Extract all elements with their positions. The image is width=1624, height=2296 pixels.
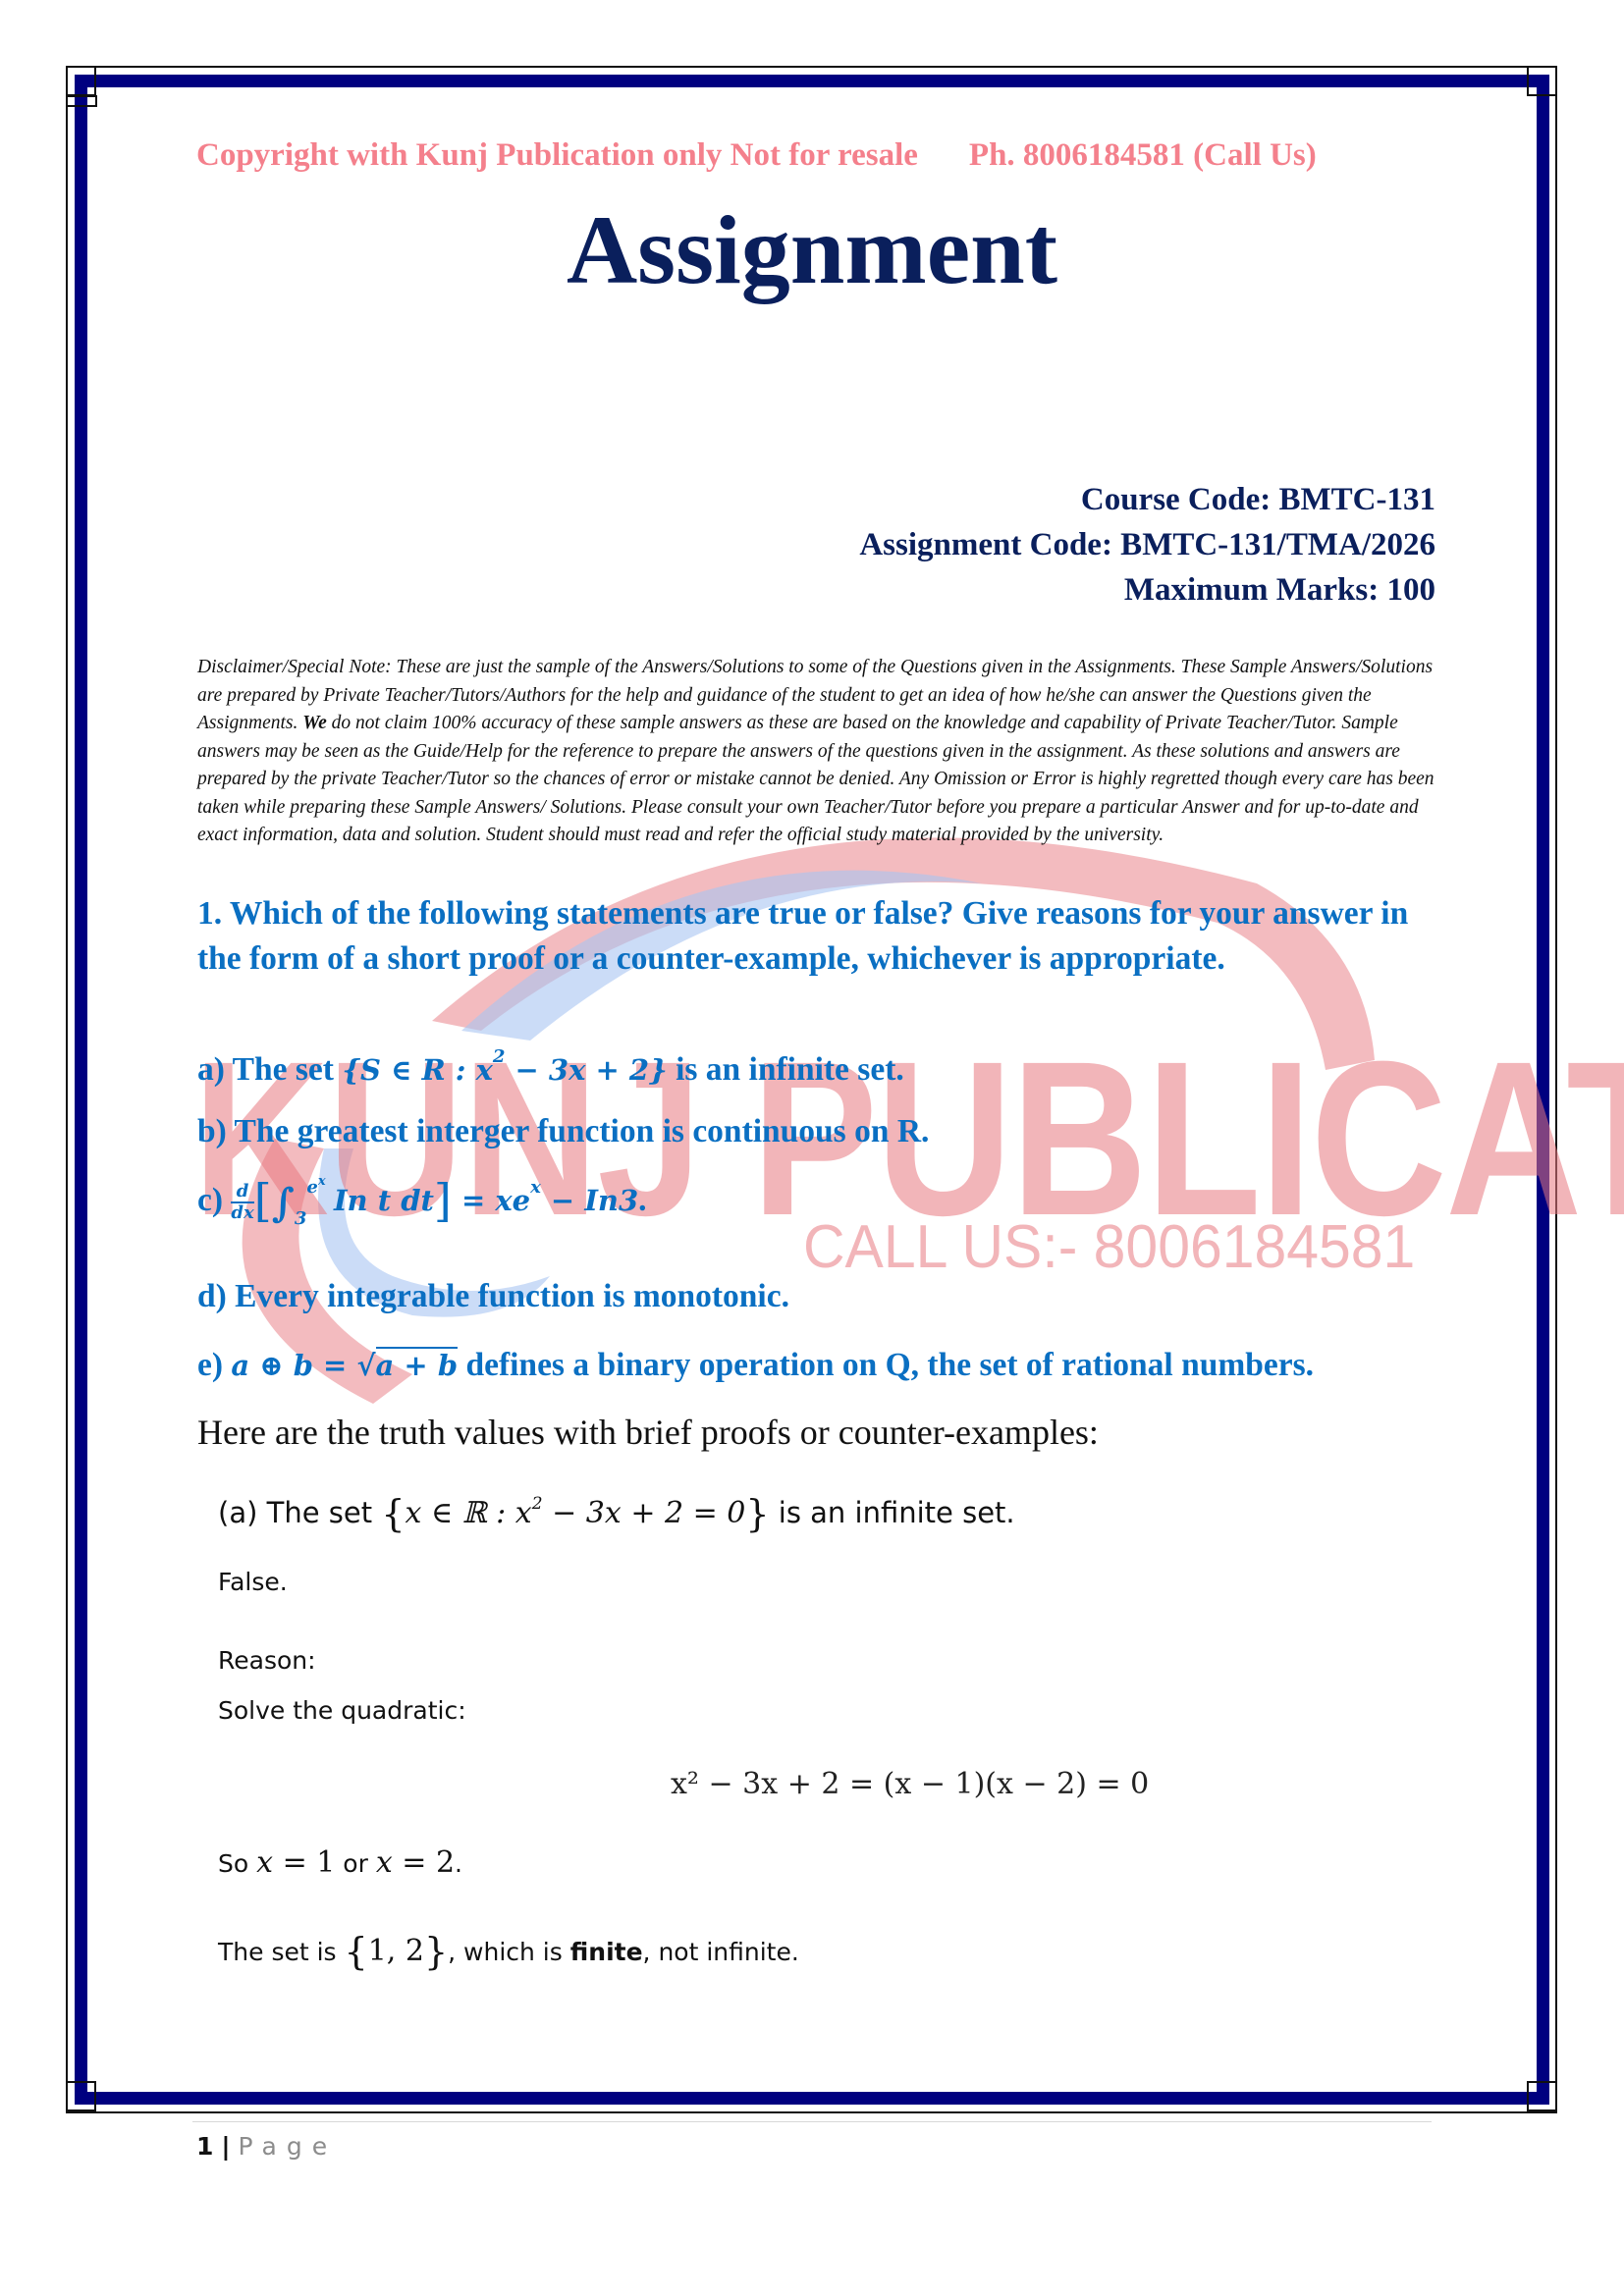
roots-text: or xyxy=(335,1849,375,1878)
assignment-codes: Course Code: BMTC-131 Assignment Code: B… xyxy=(859,477,1435,613)
roots-math: x xyxy=(376,1845,393,1880)
item-math-sup: x xyxy=(530,1177,541,1198)
item-text: . xyxy=(638,1182,646,1218)
item-math: = xe xyxy=(452,1184,530,1217)
derivative-fraction: ddx xyxy=(231,1182,253,1223)
integral-upper-base: e xyxy=(306,1177,317,1198)
border-corner-ornament xyxy=(1527,66,1557,96)
border-corner-ornament xyxy=(1527,2081,1557,2111)
brace-open: { xyxy=(345,1930,368,1973)
page-label: Page xyxy=(239,2132,338,2161)
footer-separator: | xyxy=(221,2132,230,2161)
conclusion-set: 1, 2 xyxy=(368,1934,424,1968)
bracket-close: ] xyxy=(434,1174,452,1227)
integral-sign-icon: ∫ xyxy=(272,1180,295,1226)
integrand: In t dt xyxy=(334,1184,434,1217)
item-label: c) xyxy=(197,1182,231,1218)
item-math: − 3x + 2} xyxy=(505,1053,667,1087)
item-text: is an infinite set. xyxy=(668,1051,904,1088)
question-item-b: b) The greatest interger function is con… xyxy=(197,1113,929,1150)
item-math: {S ∈ R : x xyxy=(342,1053,493,1087)
conclusion-text: The set is xyxy=(218,1938,345,1966)
disclaimer-bold: We xyxy=(302,713,327,733)
brace-close: } xyxy=(424,1930,448,1973)
heading-math-sup: 2 xyxy=(532,1494,543,1514)
heading-text: (a) The set xyxy=(218,1496,381,1529)
question-item-d: d) Every integrable function is monotoni… xyxy=(197,1278,789,1315)
answer-a-roots: So x = 1 or x = 2. xyxy=(218,1845,462,1880)
conclusion-text: , which is xyxy=(448,1938,570,1966)
border-corner-ornament xyxy=(66,95,97,107)
copyright-notice: Copyright with Kunj Publication only Not… xyxy=(196,137,1434,174)
brace-open: { xyxy=(381,1492,405,1535)
bracket-open: [ xyxy=(254,1174,272,1227)
item-math-sup: 2 xyxy=(493,1046,506,1067)
copyright-phone: Ph. 8006184581 (Call Us) xyxy=(969,137,1317,173)
question-item-e: e) a ⊕ b = √a + b defines a binary opera… xyxy=(197,1347,1314,1384)
conclusion-bold: finite xyxy=(570,1938,643,1966)
border-corner-ornament xyxy=(66,2081,96,2111)
disclaimer-text: do not claim 100% accuracy of these samp… xyxy=(197,713,1435,845)
roots-math: = 1 xyxy=(273,1845,335,1880)
copyright-text: Copyright with Kunj Publication only Not… xyxy=(196,137,918,173)
page-footer: 1|Page xyxy=(196,2132,337,2161)
answer-a-heading: (a) The set {x ∈ ℝ : x2 − 3x + 2 = 0} is… xyxy=(218,1492,1015,1535)
fraction-denominator: dx xyxy=(231,1203,253,1223)
integral-lower: 3 xyxy=(295,1208,307,1229)
item-math: − In3 xyxy=(541,1184,638,1217)
fraction-numerator: d xyxy=(231,1182,253,1203)
brace-close: } xyxy=(745,1492,769,1535)
question-1: 1. Which of the following statements are… xyxy=(197,891,1454,982)
item-text: defines a binary operation on Q, the set… xyxy=(458,1347,1314,1383)
footer-divider xyxy=(192,2121,1432,2122)
heading-text: is an infinite set. xyxy=(770,1496,1015,1529)
roots-text: So xyxy=(218,1849,256,1878)
maximum-marks: Maximum Marks: 100 xyxy=(859,567,1435,613)
answer-a-conclusion: The set is {1, 2}, which is finite, not … xyxy=(218,1930,799,1973)
roots-text: . xyxy=(455,1849,462,1878)
page-number: 1 xyxy=(196,2132,213,2161)
item-label: a) The set xyxy=(197,1051,342,1088)
question-item-a: a) The set {S ∈ R : x2 − 3x + 2} is an i… xyxy=(197,1046,904,1089)
radicand: a + b xyxy=(376,1347,459,1382)
answer-a-equation: x² − 3x + 2 = (x − 1)(x − 2) = 0 xyxy=(671,1767,1149,1801)
integral-upper-exp: x xyxy=(318,1174,326,1189)
answer-a-solve: Solve the quadratic: xyxy=(218,1696,466,1725)
item-math: a ⊕ b = √ xyxy=(231,1349,375,1382)
answer-a-reason-label: Reason: xyxy=(218,1646,316,1675)
answer-intro: Here are the truth values with brief pro… xyxy=(197,1412,1099,1453)
assignment-code: Assignment Code: BMTC-131/TMA/2026 xyxy=(859,522,1435,567)
question-item-c: c) ddx[∫3ex In t dt] = xex − In3. xyxy=(197,1174,647,1229)
item-label: e) xyxy=(197,1347,231,1383)
answer-a-verdict: False. xyxy=(218,1568,288,1596)
heading-math: − 3x + 2 = 0 xyxy=(543,1496,746,1530)
heading-math: x ∈ ℝ : x xyxy=(406,1496,532,1530)
roots-math: x xyxy=(256,1845,273,1880)
page-title: Assignment xyxy=(0,196,1624,304)
roots-math: = 2 xyxy=(393,1845,455,1880)
border-corner-ornament xyxy=(66,66,96,96)
course-code: Course Code: BMTC-131 xyxy=(859,477,1435,522)
integral-upper: ex xyxy=(306,1177,325,1198)
conclusion-text: , not infinite. xyxy=(643,1938,799,1966)
disclaimer: Disclaimer/Special Note: These are just … xyxy=(197,654,1444,850)
